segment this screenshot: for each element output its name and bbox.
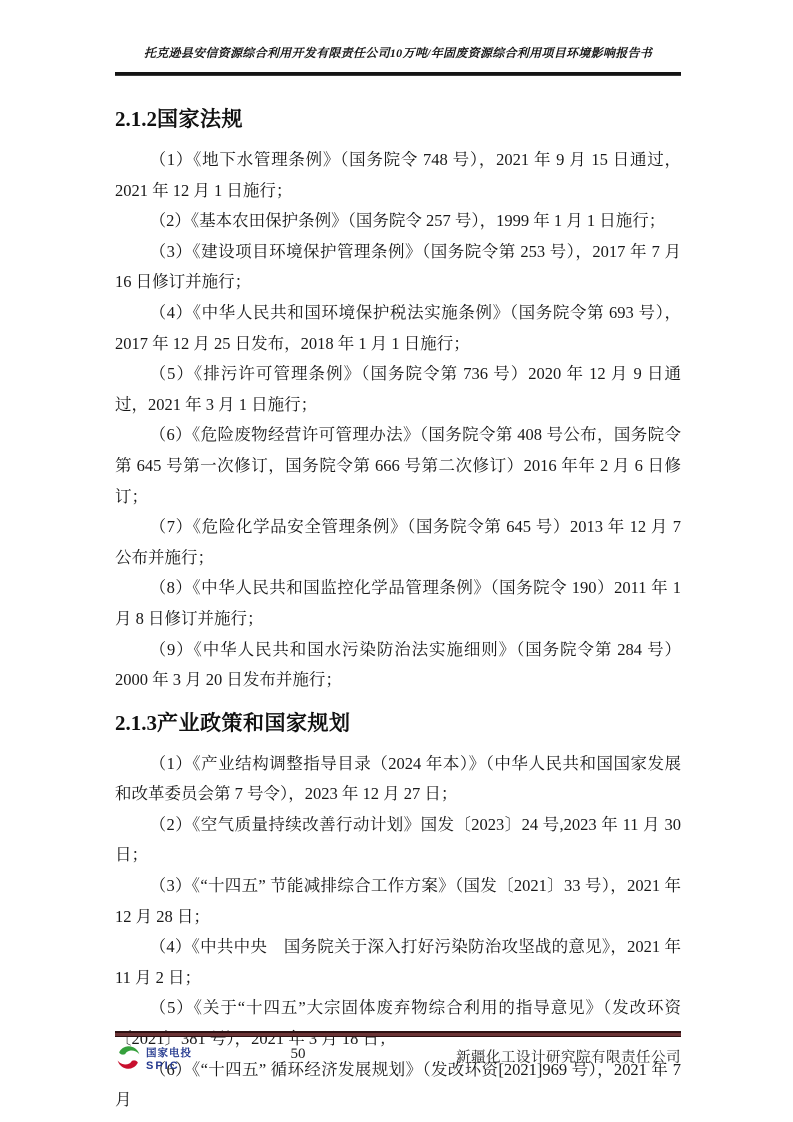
legal-item-paragraph: （1）《产业结构调整指导目录（2024 年本）》（中华人民共和国国家发展和改革委… <box>115 749 681 810</box>
legal-item-paragraph: （9）《中华人民共和国水污染防治法实施细则》（国务院令第 284 号）2000 … <box>115 635 681 696</box>
page-number: 50 <box>291 1044 306 1063</box>
section-title: 国家法规 <box>157 108 243 131</box>
legal-item-paragraph: （3）《建设项目环境保护管理条例》（国务院令第 253 号），2017 年 7 … <box>115 237 681 298</box>
legal-item-paragraph: （2）《基本农田保护条例》（国务院令 257 号），1999 年 1 月 1 日… <box>115 206 681 237</box>
section-heading: 2.1.2国家法规 <box>115 104 681 135</box>
legal-item-paragraph: （4）《中共中央 国务院关于深入打好污染防治攻坚战的意见》，2021 年 11 … <box>115 932 681 993</box>
footer-company-name: 新疆化工设计研究院有限责任公司 <box>456 1044 681 1067</box>
spic-logo-icon <box>115 1044 142 1076</box>
document-page: 托克逊县安信资源综合利用开发有限责任公司10万吨/年固废资源综合利用项目环境影响… <box>0 0 793 1122</box>
spic-logo: 国家电投 SPIC <box>115 1044 192 1076</box>
document-body: 2.1.2国家法规（1）《地下水管理条例》（国务院令 748 号），2021 年… <box>115 96 681 1116</box>
footer-rule <box>115 1031 681 1037</box>
legal-item-paragraph: （4）《中华人民共和国环境保护税法实施条例》（国务院令第 693 号），2017… <box>115 298 681 359</box>
legal-item-paragraph: （7）《危险化学品安全管理条例》（国务院令第 645 号）2013 年 12 月… <box>115 512 681 573</box>
section-number: 2.1.3 <box>115 711 157 735</box>
spic-logo-text: 国家电投 SPIC <box>146 1048 192 1072</box>
spic-logo-name-cn: 国家电投 <box>146 1048 192 1059</box>
spic-logo-name-en: SPIC <box>146 1061 192 1072</box>
footer-row: 国家电投 SPIC 50 新疆化工设计研究院有限责任公司 <box>115 1044 681 1076</box>
page-header: 托克逊县安信资源综合利用开发有限责任公司10万吨/年固废资源综合利用项目环境影响… <box>115 44 681 76</box>
legal-item-paragraph: （1）《地下水管理条例》（国务院令 748 号），2021 年 9 月 15 日… <box>115 145 681 206</box>
header-rule <box>115 72 681 76</box>
section-heading: 2.1.3产业政策和国家规划 <box>115 708 681 739</box>
legal-item-paragraph: （2）《空气质量持续改善行动计划》国发〔2023〕24 号,2023 年 11 … <box>115 810 681 871</box>
legal-item-paragraph: （8）《中华人民共和国监控化学品管理条例》（国务院令 190）2011 年 1 … <box>115 573 681 634</box>
section-title: 产业政策和国家规划 <box>157 712 351 735</box>
legal-item-paragraph: （6）《危险废物经营许可管理办法》（国务院令第 408 号公布，国务院令第 64… <box>115 420 681 512</box>
report-title: 托克逊县安信资源综合利用开发有限责任公司10万吨/年固废资源综合利用项目环境影响… <box>115 44 681 61</box>
page-footer: 国家电投 SPIC 50 新疆化工设计研究院有限责任公司 <box>115 1031 681 1076</box>
legal-item-paragraph: （5）《排污许可管理条例》（国务院令第 736 号）2020 年 12 月 9 … <box>115 359 681 420</box>
legal-item-paragraph: （3）《“十四五” 节能减排综合工作方案》（国发〔2021〕33 号），2021… <box>115 871 681 932</box>
section-number: 2.1.2 <box>115 107 157 131</box>
